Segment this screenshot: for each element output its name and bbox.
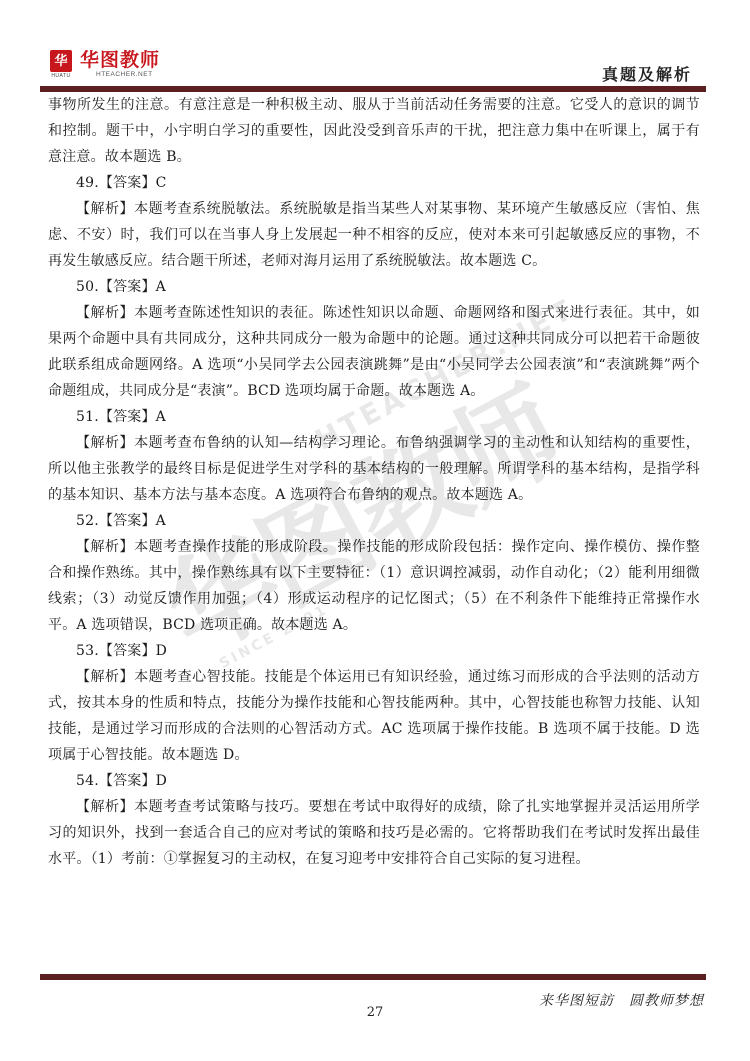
explanation-53: 【解析】本题考查心智技能。技能是个体运用已有知识经验，通过练习而形成的合乎法则的… [48,664,700,768]
explanation-50: 【解析】本题考查陈述性知识的表征。陈述性知识以命题、命题网络和图式来进行表征。其… [48,300,700,404]
answer-53: 53.【答案】D [48,638,700,664]
explanation-49: 【解析】本题考查系统脱敏法。系统脱敏是指当某些人对某事物、某环境产生敏感反应（害… [48,196,700,274]
answer-52: 52.【答案】A [48,508,700,534]
answer-54: 54.【答案】D [48,768,700,794]
brand-logo: 华 HUATU 华图教师 HTEACHER.NET [50,50,160,80]
logo-mark-glyph: 华 [50,50,72,72]
footer-rule [40,974,706,980]
brand-name-en: HTEACHER.NET [96,72,160,79]
header-title: 真题及解析 [602,62,692,85]
document-body: 事物所发生的注意。有意注意是一种积极主动、服从于当前活动任务需要的注意。它受人的… [48,92,700,872]
explanation-52: 【解析】本题考查操作技能的形成阶段。操作技能的形成阶段包括：操作定向、操作模仿、… [48,534,700,638]
logo-text: 华图教师 HTEACHER.NET [80,51,160,79]
explanation-54: 【解析】本题考查考试策略与技巧。要想在考试中取得好的成绩，除了扎实地掌握并灵活运… [48,794,700,872]
brand-name-cn: 华图教师 [80,51,160,70]
answer-50: 50.【答案】A [48,274,700,300]
logo-mark-icon: 华 HUATU [50,50,72,80]
continued-paragraph: 事物所发生的注意。有意注意是一种积极主动、服从于当前活动任务需要的注意。它受人的… [48,92,700,170]
answer-51: 51.【答案】A [48,404,700,430]
page-header: 华 HUATU 华图教师 HTEACHER.NET 真题及解析 [40,46,706,86]
document-page: 华 HUATU 华图教师 HTEACHER.NET 真题及解析 华图教师 HTE… [0,0,750,1061]
page-number: 27 [0,1005,750,1020]
answer-49: 49.【答案】C [48,170,700,196]
explanation-51: 【解析】本题考查布鲁纳的认知—结构学习理论。布鲁纳强调学习的主动性和认知结构的重… [48,430,700,508]
logo-mark-sub: HUATU [50,73,72,79]
